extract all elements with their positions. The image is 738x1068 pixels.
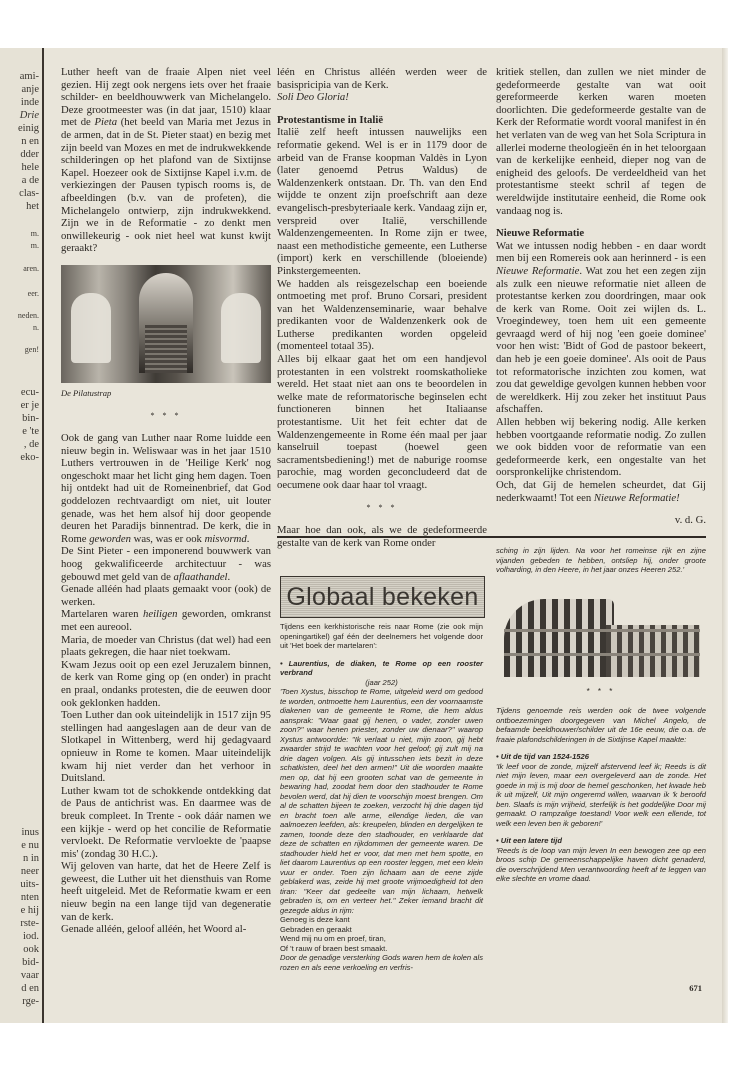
paragraph: Wij geloven van harte, dat het de Heere …	[61, 860, 271, 923]
prev-frag: bin-	[22, 412, 39, 425]
paragraph: Tijdens genoemde reis werden ook de twee…	[496, 706, 706, 744]
paragraph: Genade alléén had plaats gemaakt voor (o…	[61, 583, 271, 608]
prev-frag: m.	[31, 228, 39, 240]
prev-frag: neer	[21, 865, 39, 878]
section-divider: * * *	[277, 502, 487, 515]
bullet-heading: • Uit een latere tijd	[496, 836, 706, 846]
prev-frag: m.	[31, 240, 39, 252]
year-note: (jaar 252)	[280, 678, 483, 688]
paragraph: We hadden als reisgezelschap een boeiend…	[277, 278, 487, 354]
prev-frag: e hij	[21, 904, 39, 917]
prev-frag: rge-	[22, 995, 39, 1008]
prev-frag: hele	[22, 161, 40, 174]
prev-frag: ami-	[20, 70, 39, 83]
prev-frag: neden.	[18, 310, 39, 322]
paragraph: Maria, de moeder van Christus (dat wel) …	[61, 634, 271, 659]
pilatustrap-photo	[61, 265, 271, 383]
statue-right	[221, 293, 261, 363]
prev-frag: n in	[23, 852, 39, 865]
photo-caption: De Pilatustrap	[61, 387, 271, 400]
bullet-heading: • Laurentius, de diaken, te Rome op een …	[280, 659, 483, 678]
paragraph: Toen Luther dan ook uiteindelijk in 1517…	[61, 709, 271, 785]
prev-frag: ook	[23, 943, 39, 956]
prev-frag: inus	[21, 826, 39, 839]
prev-frag: e 'te	[22, 425, 39, 438]
article-column-2: léén en Christus alléén werden weer de b…	[277, 66, 487, 549]
statue-left	[71, 293, 111, 363]
rhyme-line: Gebraden en geraakt	[280, 925, 483, 935]
prev-frag: rste-	[20, 917, 39, 930]
prev-frag: er je	[21, 399, 39, 412]
prev-frag: n.	[33, 322, 39, 334]
horizontal-rule	[277, 536, 706, 538]
author-signature: v. d. G.	[496, 514, 706, 527]
paragraph: Kwam Jezus ooit op een ezel Jeruzalem bi…	[61, 659, 271, 709]
bullet-heading: • Uit de tijd van 1524-1526	[496, 752, 706, 762]
prev-frag: het	[26, 200, 39, 213]
prev-frag: Drie	[20, 109, 39, 122]
prev-frag: nten	[21, 891, 39, 904]
paragraph: léén en Christus alléén werden weer de b…	[277, 66, 487, 91]
motto: Soli Deo Gloria!	[277, 91, 487, 104]
paragraph: Italië zelf heeft intussen nauwelijks ee…	[277, 126, 487, 277]
paragraph: Luther heeft van de fraaie Alpen niet ve…	[61, 66, 271, 255]
article-column-1: Luther heeft van de fraaie Alpen niet ve…	[61, 66, 271, 936]
poem: 'Reeds is de loop van mijn leven In een …	[496, 846, 706, 884]
prev-frag: vaar	[21, 969, 39, 982]
rhyme-line: Of 't rauw of braen best smaakt.	[280, 944, 483, 954]
paragraph: Martelaren waren heiligen geworden, omkr…	[61, 608, 271, 633]
paragraph: Och, dat Gij de hemelen scheurdet, dat G…	[496, 479, 706, 504]
story-ending: Door de genadige versterking Gods waren …	[280, 953, 483, 972]
paragraph: Allen hebben wij bekering nodig. Alle ke…	[496, 416, 706, 479]
prev-frag: aren.	[23, 263, 39, 275]
globaal-column-1: Tijdens een kerkhistorische reis naar Ro…	[280, 622, 483, 972]
page-edge-shadow	[722, 48, 728, 1023]
prev-frag: eer.	[28, 288, 39, 300]
globaal-column-2: sching in zijn lijden. Na voor het romei…	[496, 546, 706, 884]
rhyme-line: Genoeg is deze kant	[280, 915, 483, 925]
prev-frag: bid-	[22, 956, 39, 969]
story-ending-continued: sching in zijn lijden. Na voor het romei…	[496, 546, 706, 575]
prev-frag: einig	[18, 122, 39, 135]
prev-frag: d en	[21, 982, 39, 995]
article-column-3: kritiek stellen, dan zullen we niet mind…	[496, 66, 706, 527]
prev-frag: inde	[21, 96, 39, 109]
paragraph: Wat we intussen nodig hebben - en daar w…	[496, 240, 706, 416]
paragraph: Tijdens een kerkhistorische reis naar Ro…	[280, 622, 483, 651]
globaal-bekeken-title-box: Globaal bekeken	[280, 576, 485, 618]
prev-frag: n en	[21, 135, 39, 148]
prev-frag: dder	[20, 148, 39, 161]
prev-frag: , de	[24, 438, 39, 451]
prev-frag: a de	[22, 174, 39, 187]
poem: 'Ik leef voor de zonde, mijzelf afsterve…	[496, 762, 706, 829]
section-divider: * * *	[61, 410, 271, 423]
paragraph: Alles bij elkaar gaat het om een handjev…	[277, 353, 487, 492]
prev-frag: e nu	[21, 839, 39, 852]
prev-frag: ecu-	[21, 386, 39, 399]
section-heading: Nieuwe Reformatie	[496, 227, 706, 240]
prev-frag: anje	[22, 83, 40, 96]
colosseum-photo	[498, 589, 704, 681]
paragraph: Ook de gang van Luther naar Rome luidde …	[61, 432, 271, 545]
magazine-page: Luther heeft van de fraaie Alpen niet ve…	[44, 48, 722, 1023]
globaal-bekeken-title: Globaal bekeken	[286, 583, 478, 612]
prev-frag: iod.	[23, 930, 39, 943]
rhyme-line: Wend mij nu om en proef, tiran,	[280, 934, 483, 944]
section-divider: * * *	[496, 687, 706, 697]
paragraph: Genade alléén, geloof alléén, het Woord …	[61, 923, 271, 936]
prev-frag: clas-	[19, 187, 39, 200]
prev-frag: uits-	[20, 878, 39, 891]
paragraph: De Sint Pieter - een imponerend bouwwerk…	[61, 545, 271, 583]
page-number: 671	[689, 983, 702, 993]
section-heading: Protestantisme in Italië	[277, 114, 487, 127]
paragraph: Luther kwam tot de schokkende ontdekking…	[61, 785, 271, 861]
martyr-story: 'Toen Xystus, bisschop te Rome, uitgelei…	[280, 687, 483, 915]
paragraph: kritiek stellen, dan zullen we niet mind…	[496, 66, 706, 217]
prev-frag: eko-	[20, 451, 39, 464]
previous-page-margin: ami- anje inde Drie einig n en dder hele…	[0, 48, 42, 1023]
prev-frag: gen!	[25, 344, 39, 356]
